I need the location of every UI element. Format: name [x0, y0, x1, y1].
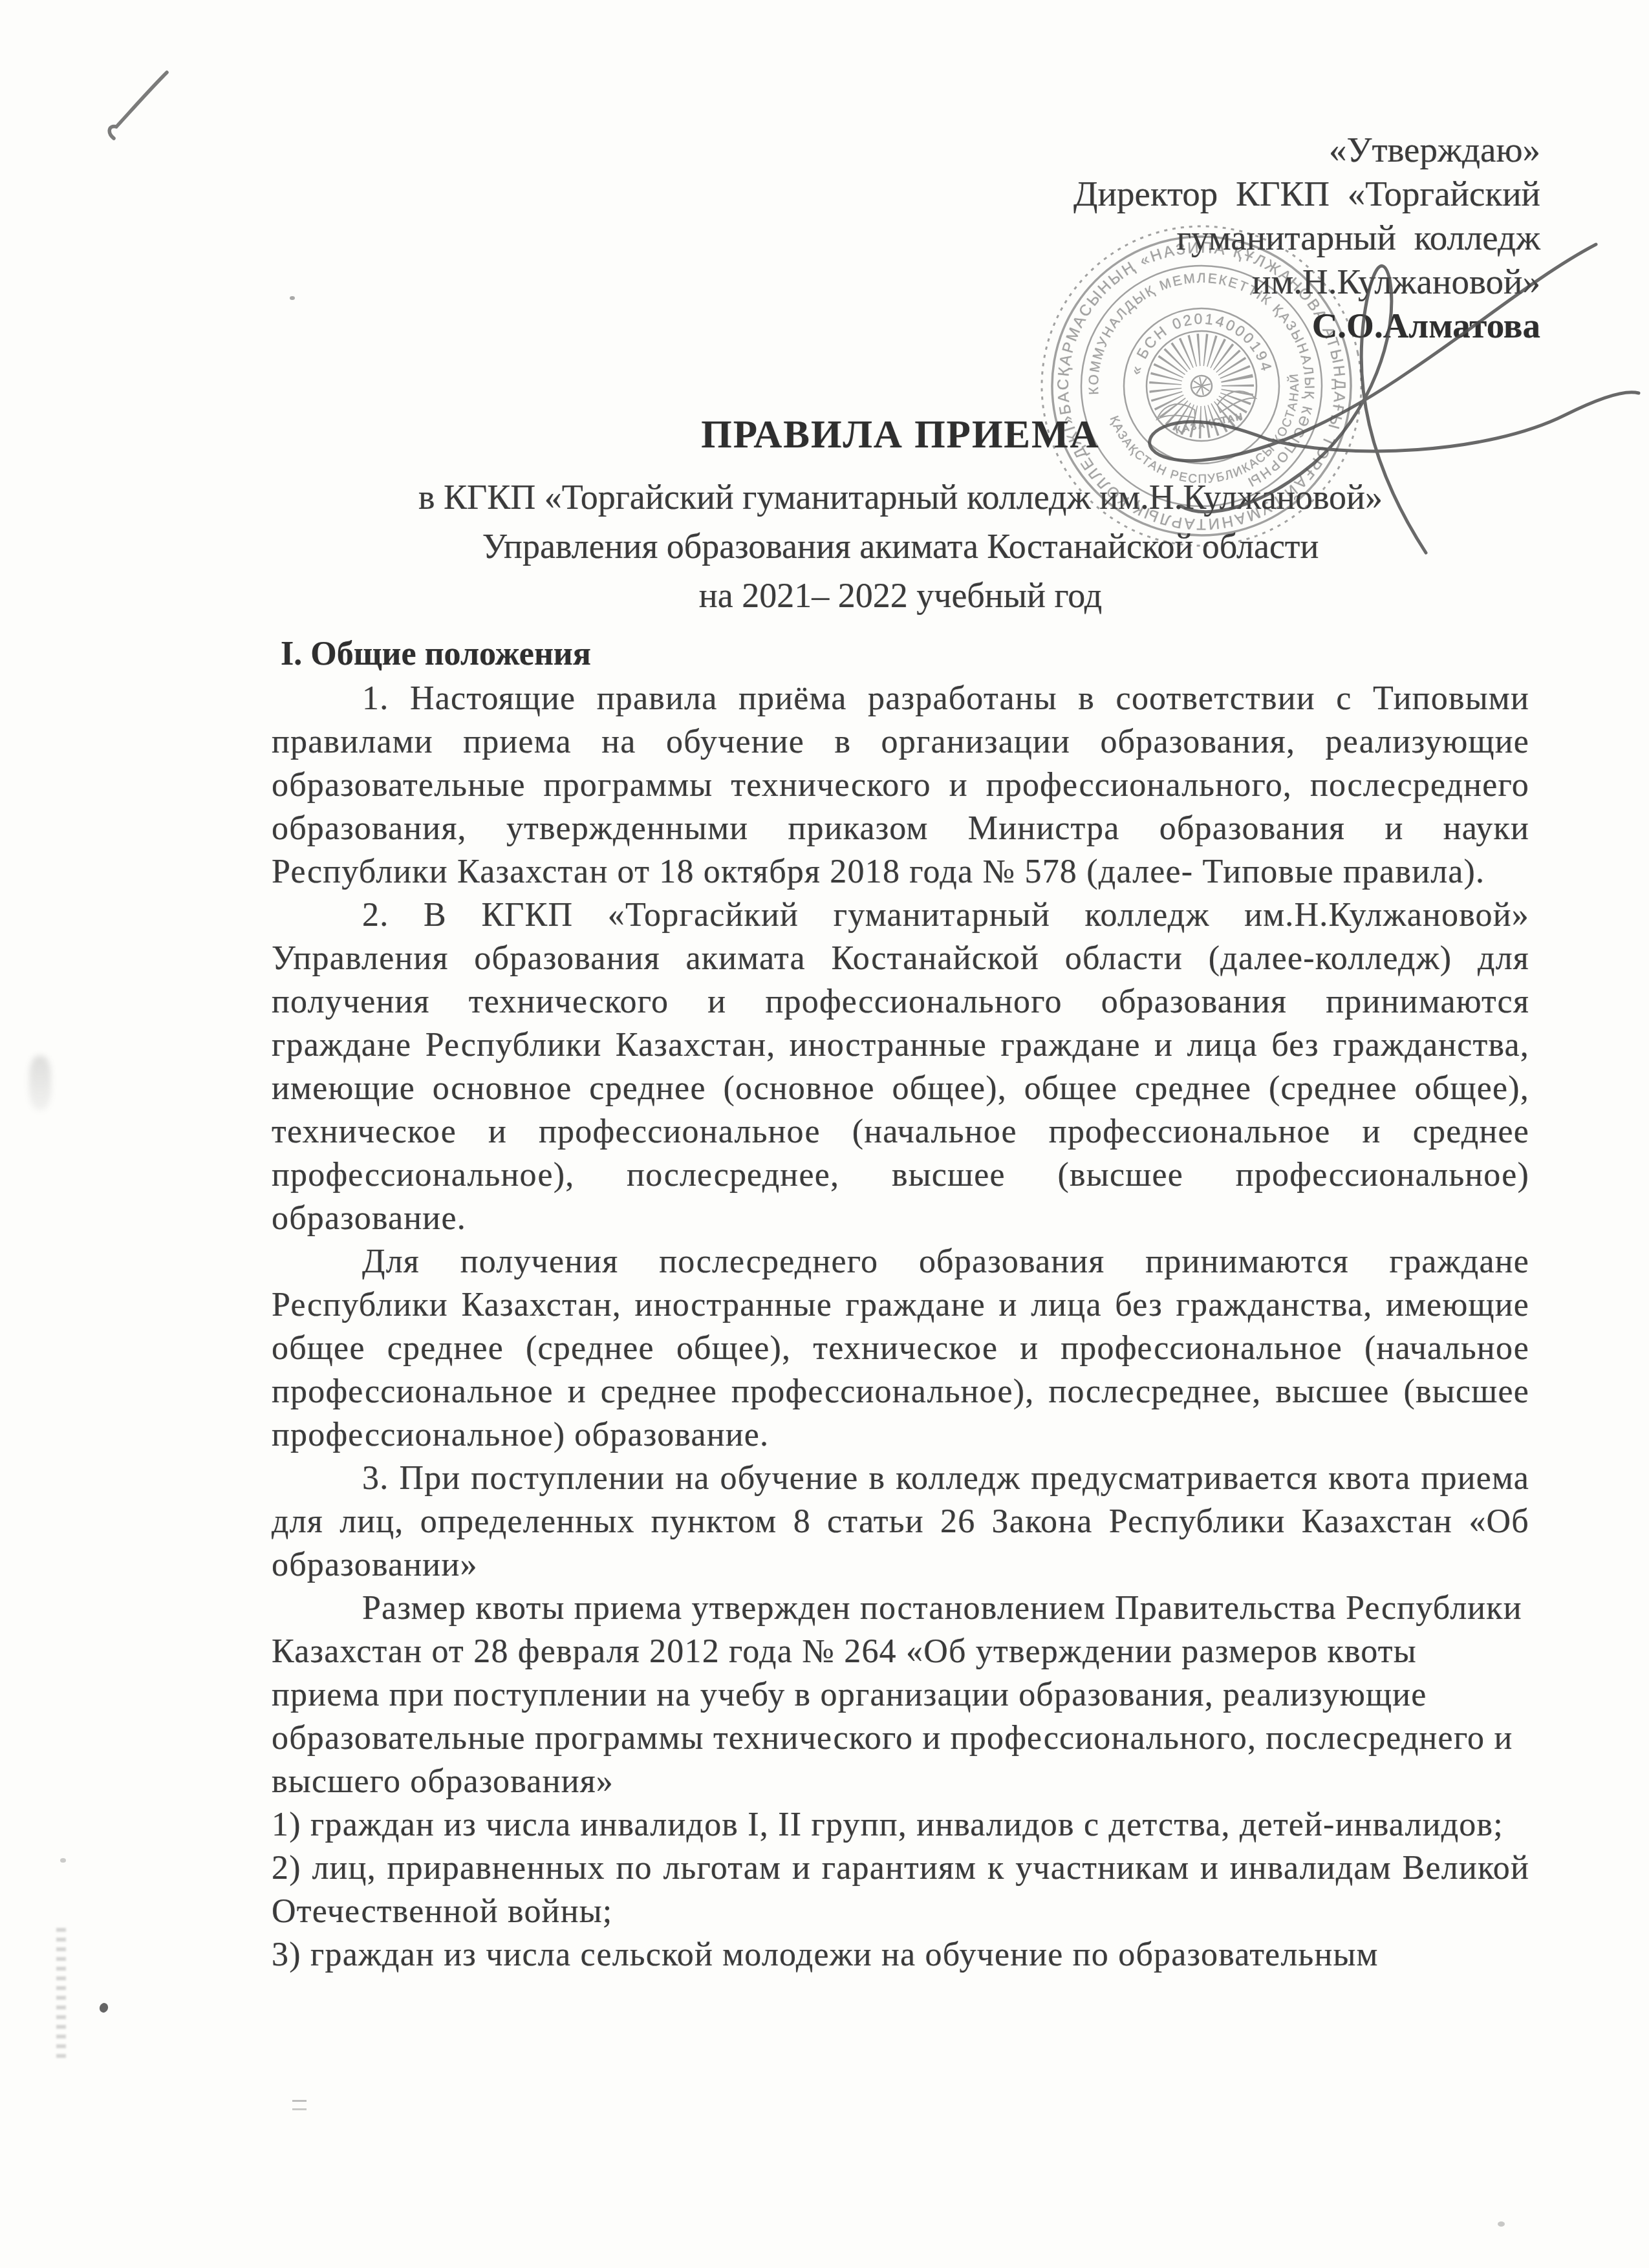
- quota-item-3: 3) граждан из числа сельской молодежи на…: [272, 1933, 1529, 1976]
- quota-item-1: 1) граждан из числа инвалидов I, II груп…: [272, 1803, 1529, 1846]
- approval-line-college: гуманитарный колледж: [984, 216, 1540, 260]
- scan-streak: [56, 1928, 66, 2060]
- scanned-document-page: БАСҚАРМАСЫНЫҢ «НАЗИПА ҚҰЛЖАНОВА АТЫНДАҒЫ…: [0, 0, 1649, 2268]
- scan-smudge: [29, 1056, 51, 1110]
- ink-dot: [98, 2002, 109, 2014]
- document-title: ПРАВИЛА ПРИЕМА: [272, 409, 1529, 461]
- document-subtitle-block: в КГКП «Торгайский гуманитарный колледж …: [272, 473, 1529, 620]
- subtitle-college: в КГКП «Торгайский гуманитарный колледж …: [272, 473, 1529, 522]
- pen-stroke-mark: [109, 72, 167, 138]
- paragraph-3: Для получения послесреднего образования …: [272, 1240, 1529, 1457]
- approval-line-director: Директор КГКП «Торгайский: [984, 172, 1540, 216]
- approval-line-named: им.Н.Кулжановой»: [984, 260, 1540, 304]
- paragraph-5: Размер квоты приема утвержден постановле…: [272, 1587, 1529, 1803]
- quota-item-2: 2) лиц, приравненных по льготам и гарант…: [272, 1846, 1529, 1933]
- approver-name: С.О.Алматова: [984, 304, 1540, 348]
- approval-block: «Утверждаю» Директор КГКП «Торгайский гу…: [984, 128, 1540, 348]
- scan-speck: [1498, 2221, 1505, 2227]
- paragraph-1: 1. Настоящие правила приёма разработаны …: [272, 677, 1529, 893]
- subtitle-department: Управления образования акимата Костанайс…: [272, 522, 1529, 571]
- pencil-mark: [292, 2100, 307, 2110]
- scan-speck: [60, 1858, 66, 1863]
- approval-line-approve: «Утверждаю»: [984, 128, 1540, 172]
- paragraph-2: 2. В КГКП «Торгасйкий гуманитарный колле…: [272, 893, 1529, 1240]
- subtitle-year: на 2021– 2022 учебный год: [272, 571, 1529, 620]
- section-heading-general: I. Общие положения: [281, 634, 1529, 674]
- paragraph-4: 3. При поступлении на обучение в колледж…: [272, 1457, 1529, 1587]
